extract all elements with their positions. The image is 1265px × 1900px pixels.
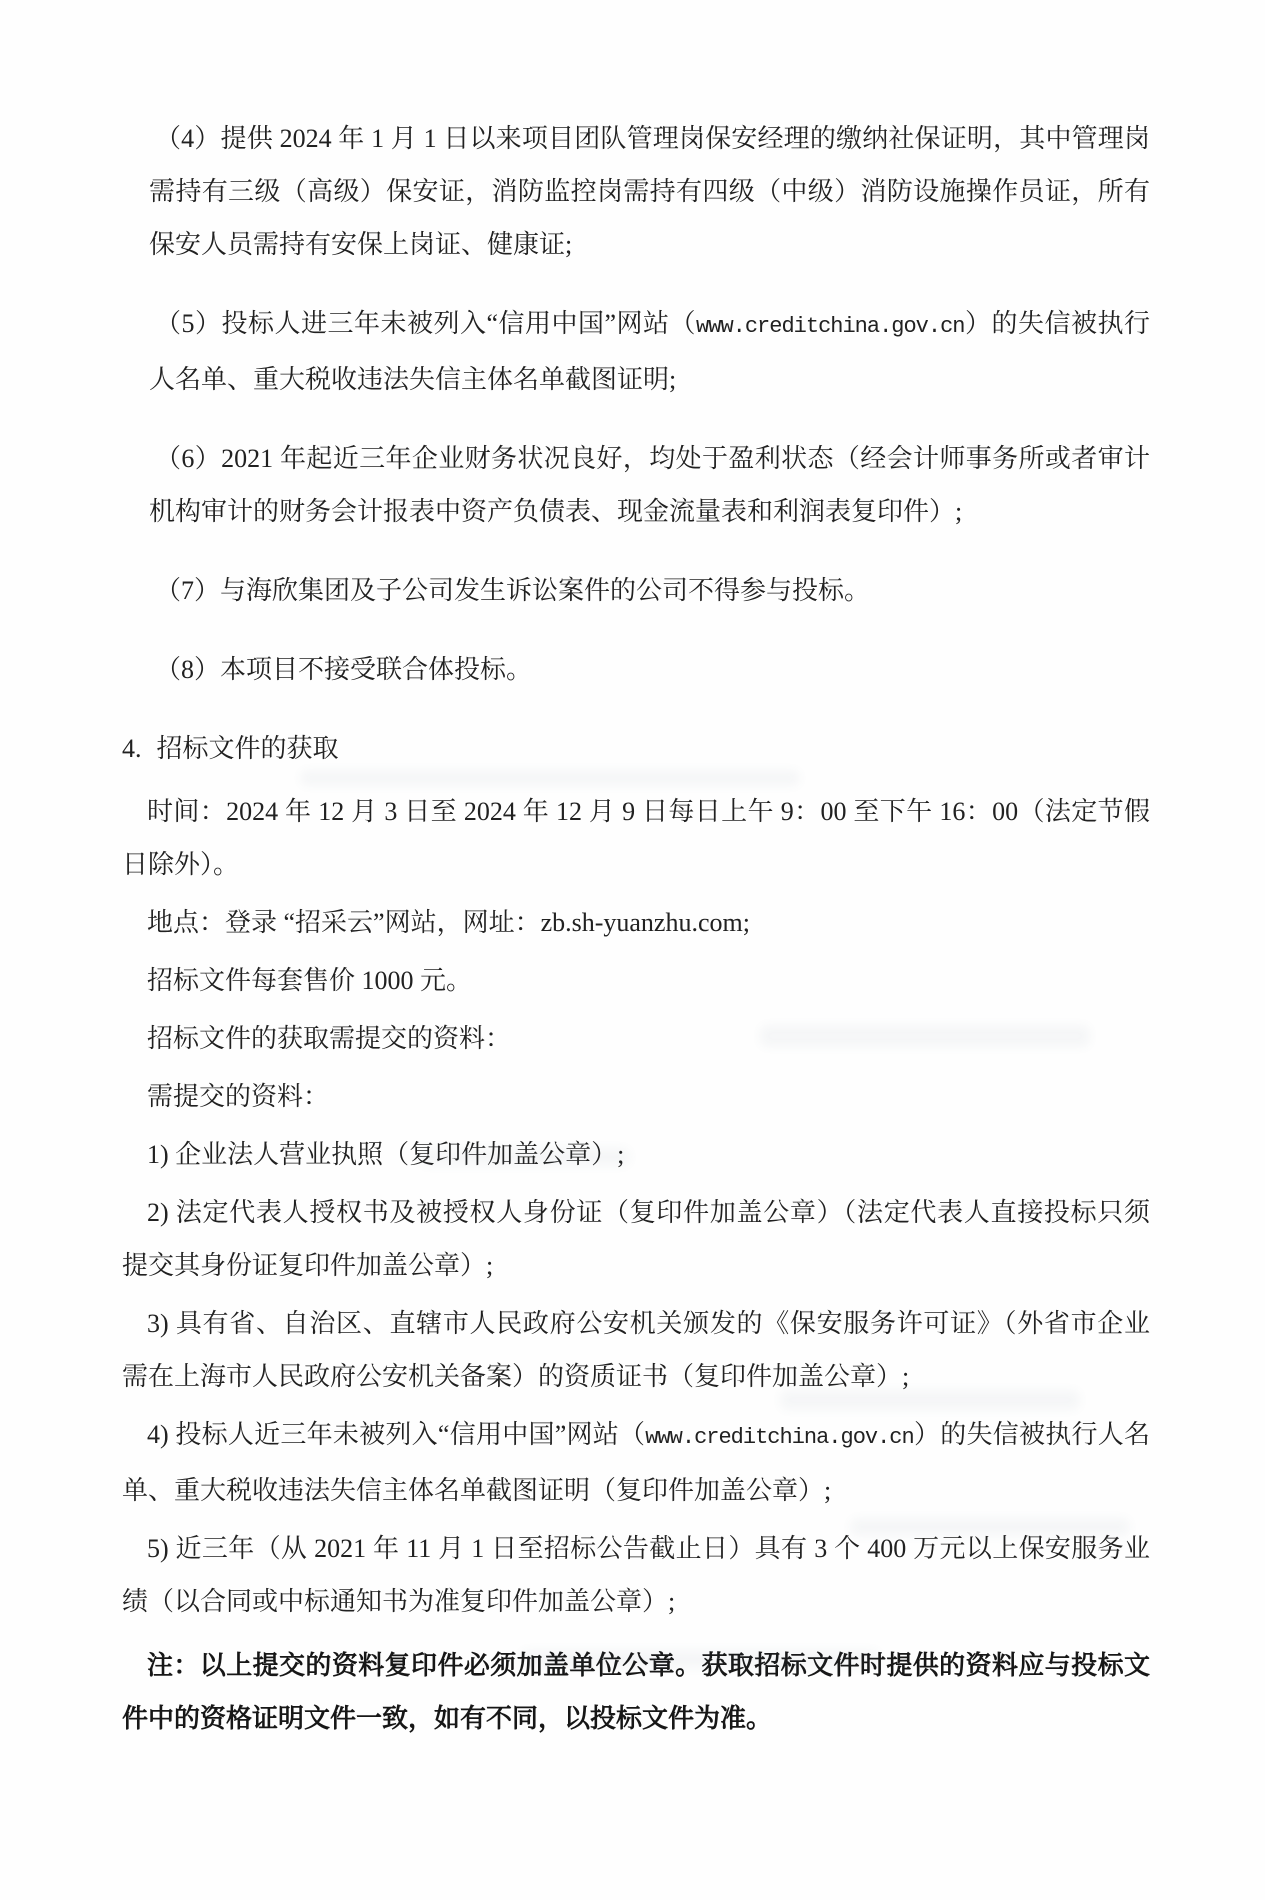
material-item-4: 4) 投标人近三年未被列入“信用中国”网站（www.creditchina.go… [122, 1408, 1150, 1517]
condition-item-7: （7）与海欣集团及子公司发生诉讼案件的公司不得参与投标。 [149, 564, 1150, 617]
section-title: 招标文件的获取 [157, 734, 339, 763]
creditchina-url: www.creditchina.gov.cn [696, 314, 964, 339]
material-item-2: 2) 法定代表人授权书及被授权人身份证（复印件加盖公章）（法定代表人直接投标只须… [122, 1186, 1150, 1292]
condition-item-8: （8）本项目不接受联合体投标。 [149, 643, 1150, 696]
condition-item-5: （5）投标人进三年未被列入“信用中国”网站（www.creditchina.go… [149, 297, 1150, 406]
section-heading-4: 4.招标文件的获取 [122, 722, 1150, 775]
acquisition-place: 地点：登录 “招采云”网站，网址：zb.sh-yuanzhu.com; [122, 896, 1150, 949]
material-item-4-text-before: 4) 投标人近三年未被列入“信用中国”网站（ [147, 1420, 645, 1449]
scanned-tender-document-page: （4）提供 2024 年 1 月 1 日以来项目团队管理岗保安经理的缴纳社保证明… [0, 0, 1265, 1900]
material-item-5: 5) 近三年（从 2021 年 11 月 1 日至招标公告截止日）具有 3 个 … [122, 1522, 1150, 1628]
condition-item-5-text-before: （5）投标人进三年未被列入“信用中国”网站（ [155, 309, 696, 338]
materials-heading: 招标文件的获取需提交的资料： [122, 1012, 1150, 1065]
note-paragraph: 注：以上提交的资料复印件必须加盖单位公章。获取招标文件时提供的资料应与投标文件中… [122, 1639, 1150, 1745]
material-item-1: 1) 企业法人营业执照（复印件加盖公章）; [122, 1128, 1150, 1181]
materials-subheading: 需提交的资料： [122, 1070, 1150, 1123]
creditchina-url: www.creditchina.gov.cn [645, 1425, 913, 1450]
material-item-3: 3) 具有省、自治区、直辖市人民政府公安机关颁发的《保安服务许可证》（外省市企业… [122, 1297, 1150, 1403]
acquisition-time: 时间：2024 年 12 月 3 日至 2024 年 12 月 9 日每日上午 … [122, 785, 1150, 891]
condition-item-6: （6）2021 年起近三年企业财务状况良好，均处于盈利状态（经会计师事务所或者审… [149, 432, 1150, 538]
document-price: 招标文件每套售价 1000 元。 [122, 954, 1150, 1007]
condition-item-4: （4）提供 2024 年 1 月 1 日以来项目团队管理岗保安经理的缴纳社保证明… [149, 112, 1150, 271]
section-number: 4. [122, 734, 142, 763]
